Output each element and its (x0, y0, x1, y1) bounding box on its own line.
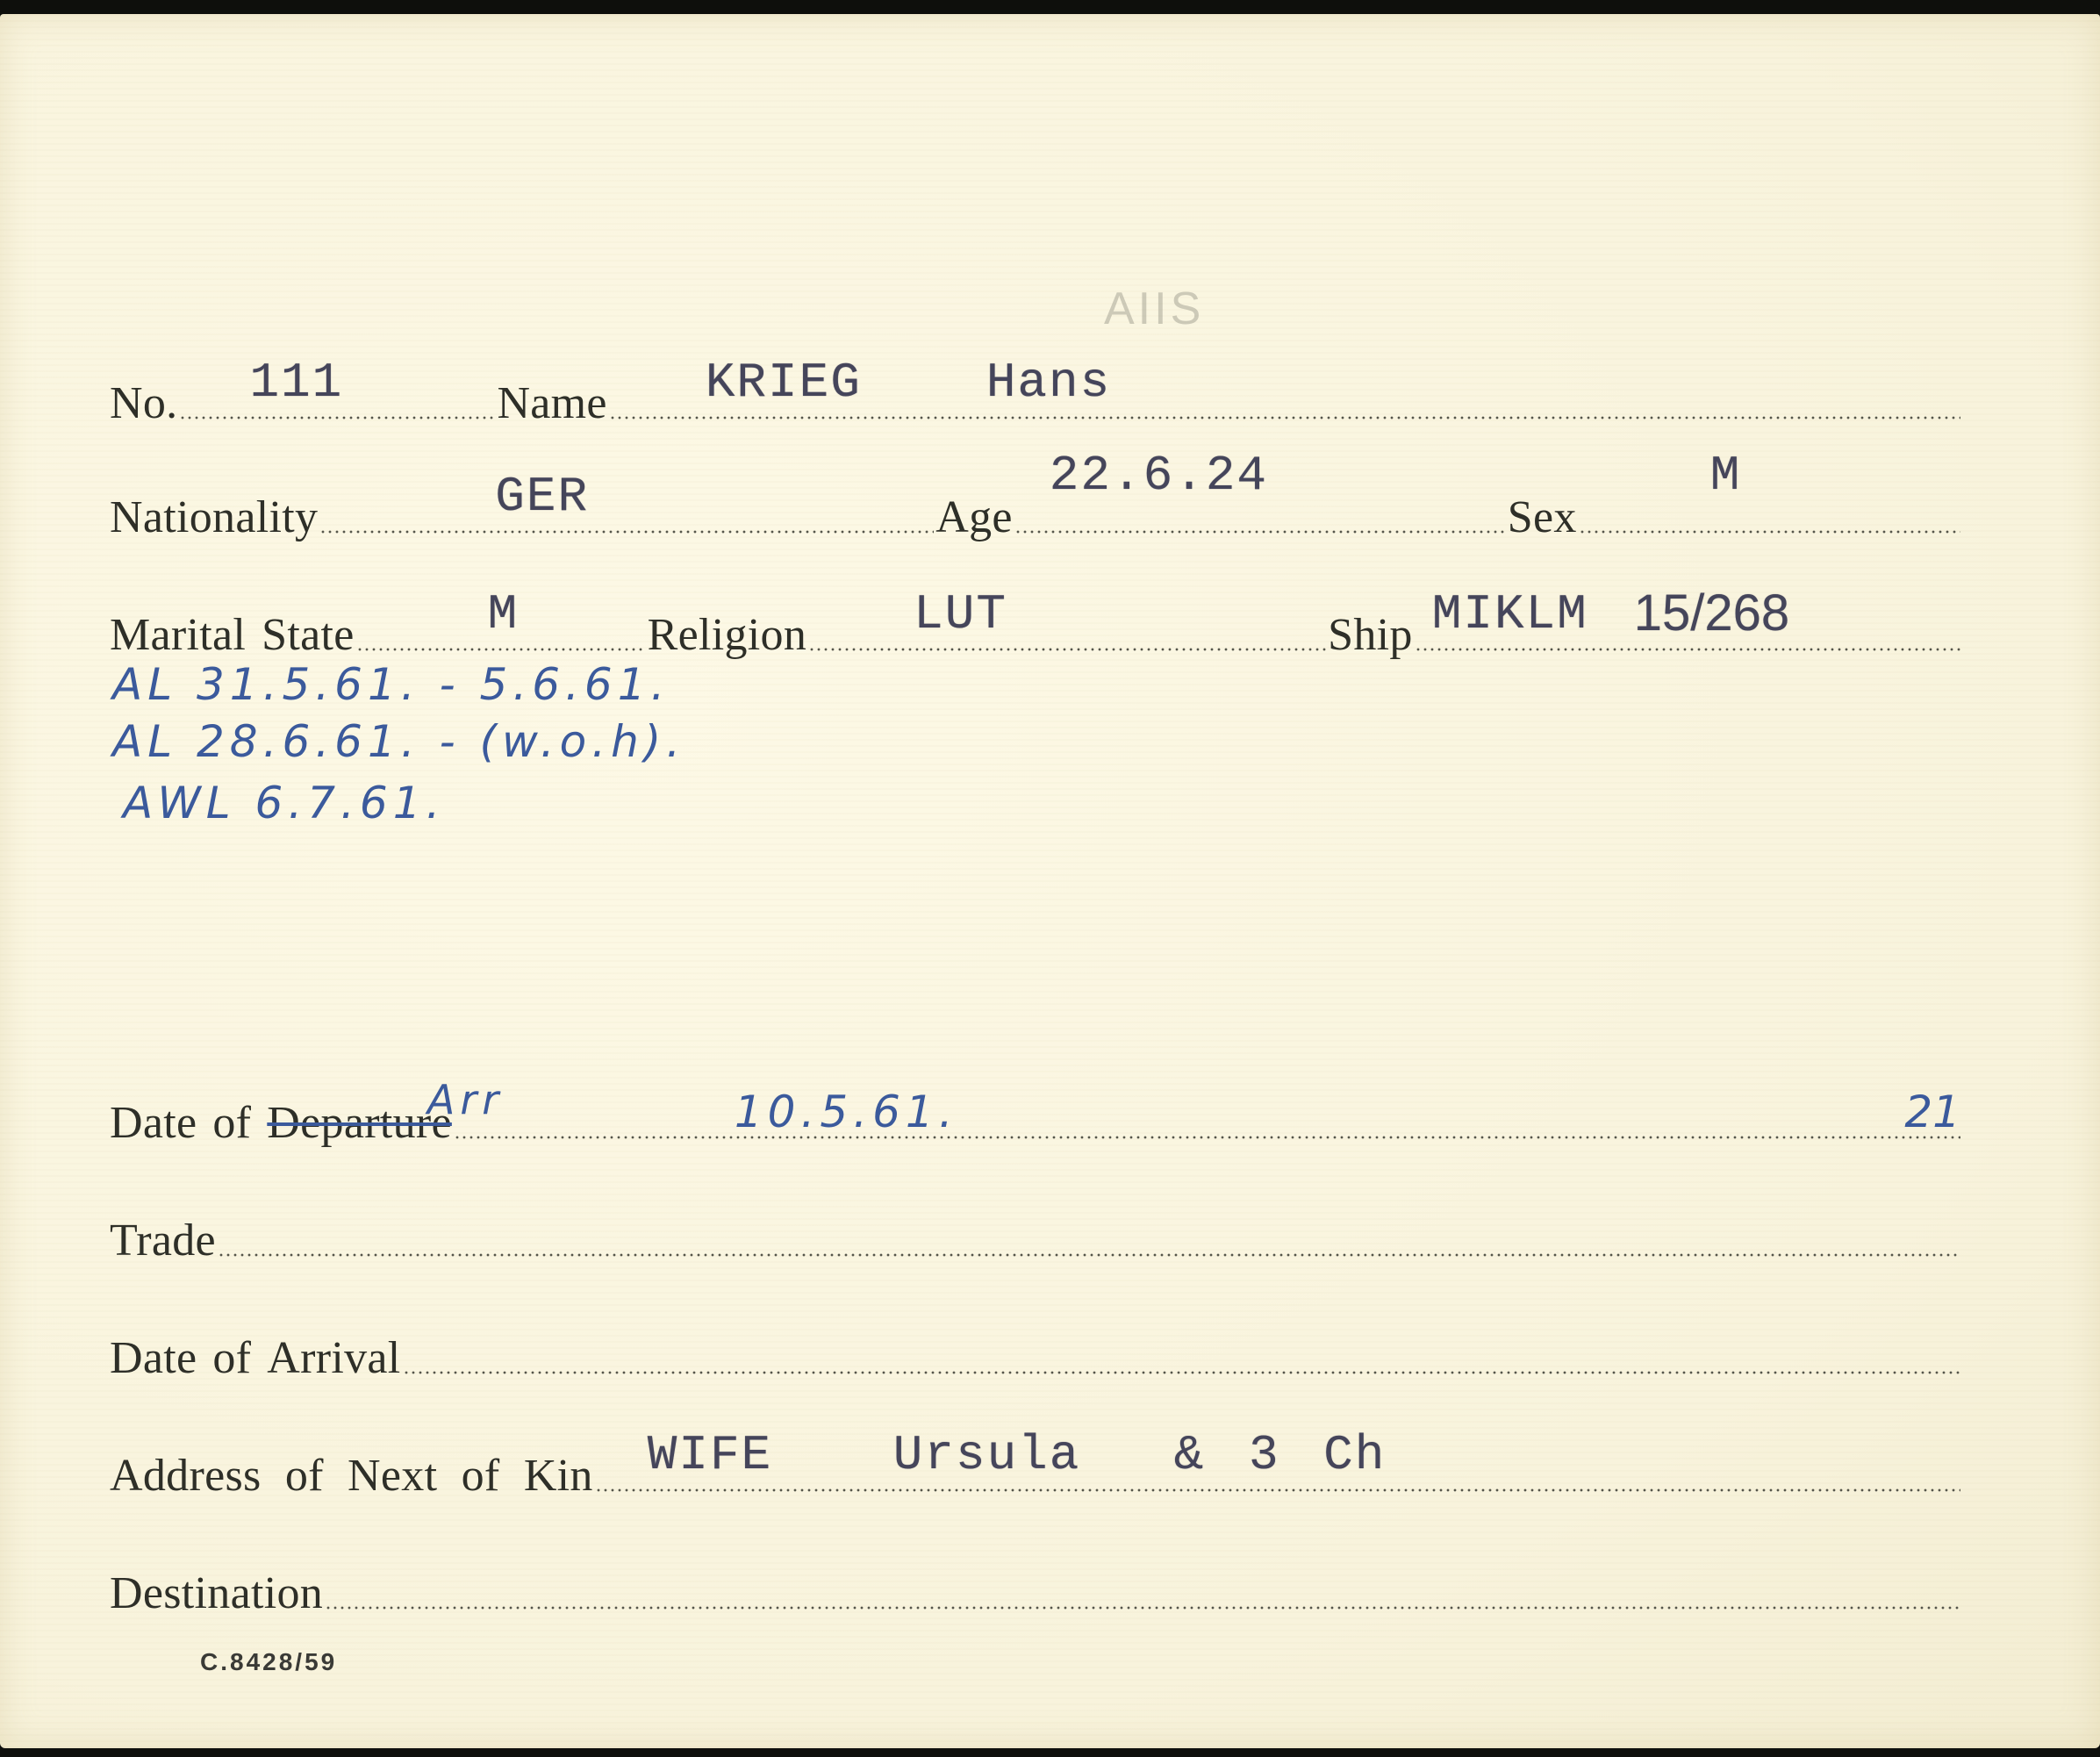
field-date-of-departure: Arr 10.5.61. 21 (454, 1136, 1960, 1139)
field-ship: MIKLM 15/268 (1415, 648, 1960, 651)
label-sex: Sex (1508, 495, 1577, 541)
value-ship-ref: 15/268 (1634, 584, 1789, 642)
handwritten-note-1: AL 31.5.61. - 5.6.61. (112, 659, 670, 710)
value-surname: KRIEG (706, 355, 862, 411)
value-given-name: Hans (986, 355, 1111, 411)
field-age: 22.6.24 (1014, 530, 1506, 534)
value-date-of-departure: 10.5.61. (735, 1086, 958, 1137)
field-no: 111 (179, 416, 495, 420)
field-marital-state: M (356, 648, 646, 651)
row-destination: Destination (110, 1546, 1962, 1617)
label-ship: Ship (1328, 613, 1413, 658)
row-no-name: No. 111 Name KRIEG Hans (110, 356, 1962, 427)
value-kin-name: Ursula (893, 1427, 1081, 1483)
value-nationality: GER (495, 469, 589, 525)
value-age: 22.6.24 (1050, 448, 1268, 504)
row-trade: Trade (110, 1194, 1962, 1264)
field-next-of-kin: WIFE Ursula & 3 Ch (595, 1488, 1960, 1492)
label-destination: Destination (110, 1571, 323, 1617)
field-name: KRIEG Hans (609, 416, 1960, 420)
row-date-of-departure: DateofDeparture Arr 10.5.61. 21 (110, 1076, 1962, 1146)
margin-note: 21 (1904, 1086, 1960, 1137)
label-no: No. (110, 381, 177, 427)
correction-arr: Arr (427, 1076, 504, 1123)
row-next-of-kin: Address of Next of Kin WIFE Ursula & 3 C… (110, 1429, 1962, 1499)
value-kin-extra: & 3 Ch (1174, 1427, 1387, 1483)
value-ship: MIKLM (1432, 586, 1588, 642)
field-date-of-arrival (403, 1371, 1960, 1374)
label-religion: Religion (648, 613, 807, 658)
faint-stamp: AIIS (1104, 283, 1204, 335)
form-code: C.8428/59 (200, 1648, 337, 1676)
value-marital-state: M (488, 586, 520, 642)
label-date-of-arrival: DateofArrival (110, 1336, 401, 1381)
label-date-of-departure: DateofDeparture (110, 1101, 452, 1146)
row-date-of-arrival: DateofArrival (110, 1311, 1962, 1381)
label-next-of-kin: Address of Next of Kin (110, 1453, 593, 1499)
handwritten-note-2: AL 28.6.61. - (w.o.h). (112, 716, 685, 767)
field-trade (218, 1253, 1960, 1257)
value-no: 111 (249, 355, 343, 411)
value-kin-relation: WIFE (648, 1427, 772, 1483)
value-sex: M (1710, 448, 1742, 504)
label-marital-state: MaritalState (110, 613, 355, 658)
label-name: Name (497, 381, 606, 427)
row-nationality-age-sex: Nationality GER Age 22.6.24 Sex M (110, 470, 1962, 541)
label-trade: Trade (110, 1218, 216, 1264)
value-religion: LUT (914, 586, 1007, 642)
row-marital-religion-ship: MaritalState M Religion LUT Ship MIKLM 1… (110, 588, 1962, 658)
label-nationality: Nationality (110, 495, 318, 541)
field-sex: M (1579, 530, 1960, 534)
field-destination (325, 1606, 1960, 1610)
record-card: AIIS No. 111 Name KRIEG Hans Nationality… (0, 14, 2100, 1748)
label-age: Age (935, 495, 1013, 541)
field-nationality: GER (319, 530, 934, 534)
handwritten-note-3: AWL 6.7.61. (123, 778, 445, 828)
field-religion: LUT (808, 648, 1326, 651)
